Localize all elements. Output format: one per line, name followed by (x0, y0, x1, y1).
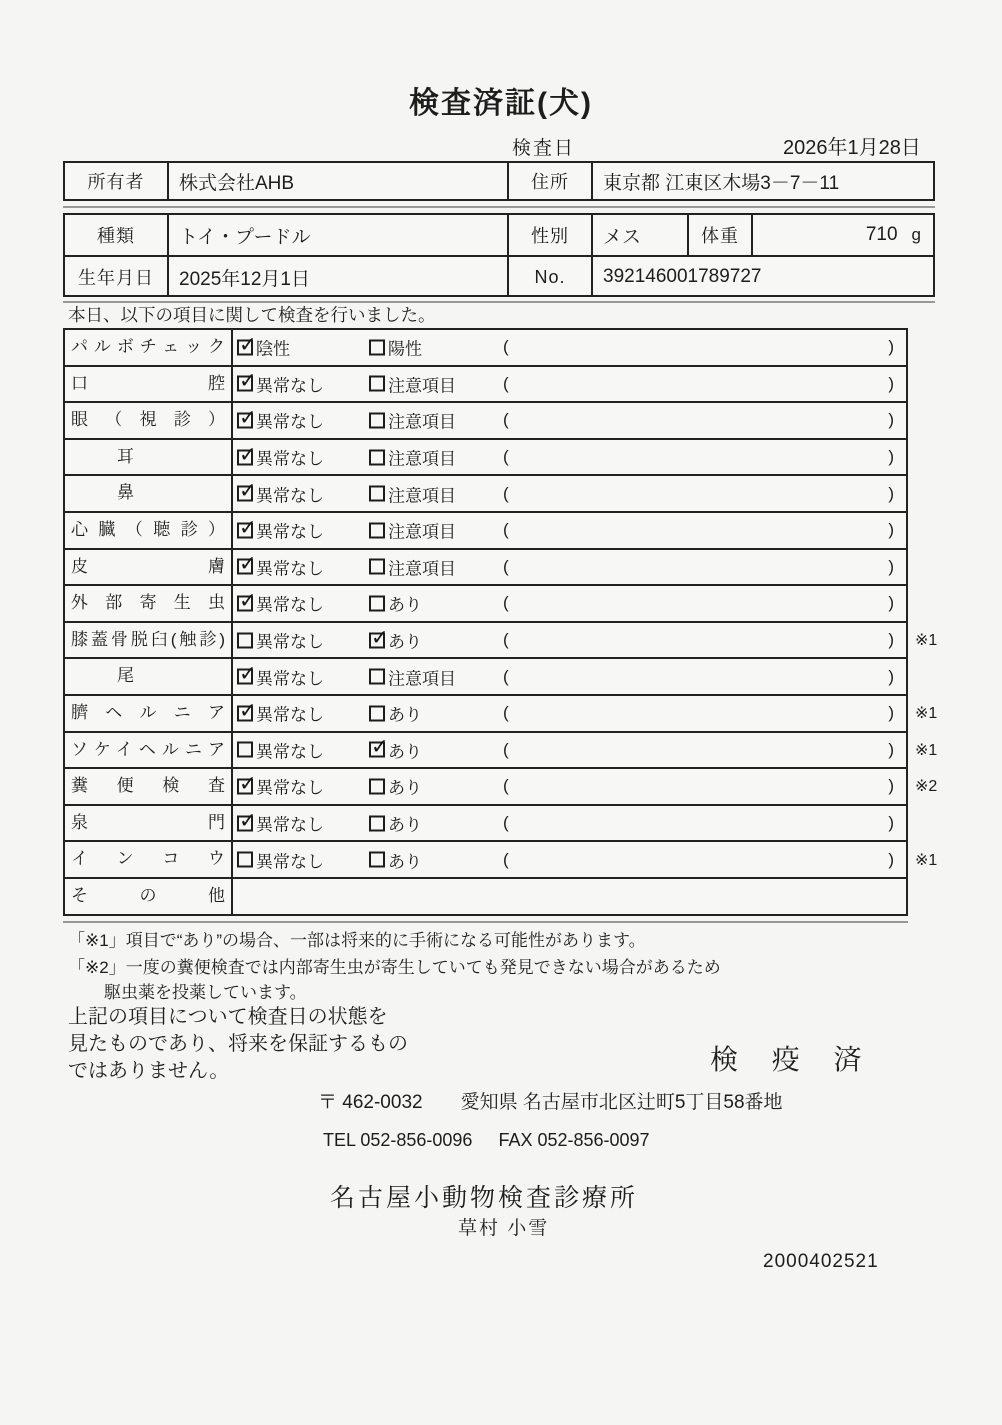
option-label: 注意項目 (388, 445, 456, 470)
exam-item-label: ソケイヘルニア (65, 733, 233, 768)
weight-value: 710 g (751, 215, 933, 255)
checkmark-icon: ✓ (239, 515, 257, 540)
option-label: 注意項目 (388, 408, 456, 433)
paren-open: ( (503, 484, 509, 504)
divider (63, 206, 935, 208)
checkbox-normal[interactable]: ✓ (237, 559, 253, 575)
checkbox-normal[interactable]: ✓ (237, 632, 253, 648)
paren-close: ) (888, 337, 894, 357)
option-label: 注意項目 (388, 481, 456, 506)
weight-number: 710 (866, 224, 898, 246)
checkbox-caution[interactable]: ✓ (369, 449, 385, 465)
option-label: 異常なし (256, 445, 324, 470)
checkbox-normal[interactable]: ✓ (237, 742, 253, 758)
disclaimer-text: 上記の項目について検査日の状態を 見たものであり、将来を保証するもの ではありま… (68, 1004, 408, 1085)
footnote-1: 「※1」項目で“あり”の場合、一部は将来的に手術になる可能性があります。 (68, 926, 646, 951)
document-title: 検査済証(犬) (0, 78, 1002, 122)
exam-item-label: パルボチェック (65, 330, 233, 365)
pet-info-table: 種類 トイ・プードル 性別 メス 体重 710 g 生年月日 2025年12月1… (63, 213, 935, 297)
checkbox-caution[interactable]: ✓ (369, 559, 385, 575)
exam-item-label: その他 (65, 879, 233, 914)
option-label: 異常なし (256, 481, 324, 506)
exam-item-label: 臍ヘルニア (65, 696, 233, 731)
exam-row-inkou: インコウ ✓異常なし ✓あり ( ) ※1 (65, 840, 906, 877)
paren-close: ) (888, 374, 894, 394)
paren-close: ) (888, 557, 894, 577)
checkbox-normal[interactable]: ✓ (237, 815, 253, 831)
breed-value: トイ・プードル (167, 215, 507, 255)
clinic-contact-line: TEL 052-856-0096 FAX 052-856-0097 (323, 1130, 650, 1151)
paren-open: ( (503, 410, 509, 430)
option-label: 注意項目 (388, 518, 456, 543)
checkmark-icon: ✓ (239, 479, 257, 504)
exam-row-parvo: パルボチェック ✓陰性 ✓陽性 ( ) (65, 330, 906, 365)
weight-label: 体重 (687, 215, 751, 255)
checkmark-icon: ✓ (239, 771, 257, 796)
checkmark-icon: ✓ (239, 662, 257, 687)
paren-close: ) (888, 813, 894, 833)
paren-open: ( (503, 630, 509, 650)
exam-item-label: 鼻 (65, 476, 233, 511)
address-label: 住所 (507, 163, 591, 199)
footnote-ref: ※1 (915, 740, 937, 760)
paren-open: ( (503, 667, 509, 687)
checkmark-icon: ✓ (239, 369, 257, 394)
exam-item-label: 口腔 (65, 367, 233, 402)
checkbox-present[interactable]: ✓ (369, 778, 385, 794)
checkbox-present[interactable]: ✓ (369, 595, 385, 611)
option-label: 陰性 (256, 335, 290, 360)
exam-row-skin: 皮膚 ✓異常なし ✓注意項目 ( ) (65, 548, 906, 585)
option-label: あり (388, 774, 422, 799)
footnote-ref: ※1 (915, 703, 937, 723)
paren-close: ) (888, 593, 894, 613)
paren-close: ) (888, 410, 894, 430)
exam-row-fecal-exam: 糞便検査 ✓異常なし ✓あり ( ) ※2 (65, 767, 906, 804)
paren-open: ( (503, 374, 509, 394)
disclaimer-line-3: ではありません。 (68, 1058, 408, 1085)
id-number-label: No. (507, 257, 591, 297)
checkbox-normal[interactable]: ✓ (237, 705, 253, 721)
checkbox-present[interactable]: ✓ (369, 705, 385, 721)
clinic-tel: TEL 052-856-0096 (323, 1130, 472, 1151)
exam-item-label: 糞便検査 (65, 769, 233, 804)
birthdate-label: 生年月日 (65, 257, 167, 297)
address-value: 東京都 江東区木場3－7－11 (591, 163, 933, 199)
checkmark-icon: ✓ (239, 552, 257, 577)
exam-row-tail: 尾 ✓異常なし ✓注意項目 ( ) (65, 657, 906, 694)
paren-close: ) (888, 776, 894, 796)
checkbox-present[interactable]: ✓ (369, 815, 385, 831)
checkmark-icon: ✓ (239, 442, 257, 467)
option-label: 異常なし (256, 591, 324, 616)
disclaimer-line-1: 上記の項目について検査日の状態を (68, 1004, 408, 1031)
checkbox-normal[interactable]: ✓ (237, 778, 253, 794)
paren-open: ( (503, 740, 509, 760)
exam-item-label: 泉門 (65, 806, 233, 841)
footnote-ref: ※2 (915, 776, 937, 796)
checkbox-caution[interactable]: ✓ (369, 669, 385, 685)
clinic-name: 名古屋小動物検査診療所 (330, 1178, 638, 1214)
checkbox-caution[interactable]: ✓ (369, 376, 385, 392)
paren-open: ( (503, 557, 509, 577)
checkmark-icon: ✓ (371, 735, 389, 760)
other-empty-cell (233, 879, 906, 914)
option-label: 異常なし (256, 737, 324, 762)
option-label: あり (388, 811, 422, 836)
exam-row-inguinal-hernia: ソケイヘルニア ✓異常なし ✓あり ( ) ※1 (65, 731, 906, 768)
option-label: 異常なし (256, 664, 324, 689)
option-label: 異常なし (256, 554, 324, 579)
exam-row-ears: 耳 ✓異常なし ✓注意項目 ( ) (65, 438, 906, 475)
option-label: 異常なし (256, 701, 324, 726)
option-label: あり (388, 847, 422, 872)
owner-label: 所有者 (65, 163, 167, 199)
owner-value: 株式会社AHB (167, 163, 507, 199)
exam-results-table: パルボチェック ✓陰性 ✓陽性 ( ) 口腔 ✓異常なし ✓注意項目 ( ) 眼… (63, 328, 908, 916)
checkbox-normal[interactable]: ✓ (237, 412, 253, 428)
checkbox-normal[interactable]: ✓ (237, 669, 253, 685)
paren-open: ( (503, 337, 509, 357)
checkmark-icon: ✓ (239, 588, 257, 613)
checkbox-normal[interactable]: ✓ (237, 486, 253, 502)
checkbox-caution[interactable]: ✓ (369, 412, 385, 428)
exam-row-ectoparasites: 外部寄生虫 ✓異常なし ✓あり ( ) (65, 584, 906, 621)
footnote-2: 「※2」一度の糞便検査では内部寄生虫が寄生していても発見できない場合があるため (68, 953, 721, 978)
checkbox-normal[interactable]: ✓ (237, 522, 253, 538)
checkmark-icon: ✓ (239, 332, 257, 357)
option-label: 異常なし (256, 628, 324, 653)
clinic-address: 愛知県 名古屋市北区辻町5丁目58番地 (461, 1087, 783, 1114)
option-label: 注意項目 (388, 371, 456, 396)
option-label: 異常なし (256, 371, 324, 396)
exam-item-label: 尾 (65, 659, 233, 694)
checkmark-icon: ✓ (371, 625, 389, 650)
paren-close: ) (888, 520, 894, 540)
exam-row-patella: 膝蓋骨脱臼(触診) ✓異常なし ✓あり ( ) ※1 (65, 621, 906, 658)
exam-item-label: 皮膚 (65, 550, 233, 585)
paren-open: ( (503, 520, 509, 540)
weight-unit: g (912, 225, 921, 245)
owner-table: 所有者 株式会社AHB 住所 東京都 江東区木場3－7－11 (63, 161, 935, 201)
checkmark-icon: ✓ (239, 405, 257, 430)
exam-item-label: 外部寄生虫 (65, 586, 233, 621)
intro-sentence: 本日、以下の項目に関して検査を行いました。 (68, 302, 436, 327)
checkmark-icon: ✓ (239, 808, 257, 833)
paren-open: ( (503, 593, 509, 613)
exam-row-eyes: 眼（視診） ✓異常なし ✓注意項目 ( ) (65, 401, 906, 438)
breed-label: 種類 (65, 215, 167, 255)
checkbox-normal[interactable]: ✓ (237, 376, 253, 392)
checkbox-present[interactable]: ✓ (369, 742, 385, 758)
footnote-ref: ※1 (915, 630, 937, 650)
disclaimer-line-2: 見たものであり、将来を保証するもの (68, 1031, 408, 1058)
checkbox-caution[interactable]: ✓ (369, 522, 385, 538)
exam-item-label: 膝蓋骨脱臼(触診) (65, 623, 233, 658)
option-label: 異常なし (256, 518, 324, 543)
exam-row-other: その他 (65, 877, 906, 914)
exam-row-nose: 鼻 ✓異常なし ✓注意項目 ( ) (65, 474, 906, 511)
checkbox-normal[interactable]: ✓ (237, 852, 253, 868)
paren-open: ( (503, 447, 509, 467)
checkbox-present[interactable]: ✓ (369, 852, 385, 868)
checkbox-normal[interactable]: ✓ (237, 595, 253, 611)
option-label: あり (388, 628, 422, 653)
paren-close: ) (888, 850, 894, 870)
paren-close: ) (888, 447, 894, 467)
paren-open: ( (503, 850, 509, 870)
exam-row-umbilical-hernia: 臍ヘルニア ✓異常なし ✓あり ( ) ※1 (65, 694, 906, 731)
paren-close: ) (888, 667, 894, 687)
quarantine-passed-stamp: 検 疫 済 (710, 1038, 875, 1078)
exam-item-label: 心臓（聴診） (65, 513, 233, 548)
option-label: 注意項目 (388, 554, 456, 579)
certificate-page: 検査済証(犬) 検査日 2026年1月28日 所有者 株式会社AHB 住所 東京… (0, 0, 1002, 1425)
exam-item-label: インコウ (65, 842, 233, 877)
veterinarian-name: 草村 小雪 (458, 1213, 549, 1240)
divider (63, 921, 908, 923)
id-number-value: 392146001789727 (591, 257, 933, 297)
paren-close: ) (888, 703, 894, 723)
checkbox-caution[interactable]: ✓ (369, 486, 385, 502)
exam-date-value: 2026年1月28日 (783, 131, 921, 160)
exam-row-fontanelle: 泉門 ✓異常なし ✓あり ( ) (65, 804, 906, 841)
paren-close: ) (888, 484, 894, 504)
checkbox-negative[interactable]: ✓ (237, 339, 253, 355)
option-label: 異常なし (256, 408, 324, 433)
clinic-postal-code: 〒 462-0032 (318, 1087, 423, 1114)
paren-close: ) (888, 740, 894, 760)
exam-row-heart: 心臓（聴診） ✓異常なし ✓注意項目 ( ) (65, 511, 906, 548)
exam-date-label: 検査日 (512, 133, 575, 160)
checkmark-icon: ✓ (239, 698, 257, 723)
option-label: 陽性 (388, 335, 422, 360)
exam-row-mouth: 口腔 ✓異常なし ✓注意項目 ( ) (65, 365, 906, 402)
option-label: 異常なし (256, 774, 324, 799)
paren-close: ) (888, 630, 894, 650)
serial-number: 2000402521 (763, 1251, 879, 1273)
option-label: あり (388, 701, 422, 726)
paren-open: ( (503, 703, 509, 723)
checkbox-normal[interactable]: ✓ (237, 449, 253, 465)
exam-item-label: 眼（視診） (65, 403, 233, 438)
option-label: あり (388, 737, 422, 762)
paren-open: ( (503, 813, 509, 833)
option-label: あり (388, 591, 422, 616)
footnote-2-continued: 駆虫薬を投薬しています。 (104, 978, 307, 1003)
checkbox-present[interactable]: ✓ (369, 632, 385, 648)
sex-label: 性別 (507, 215, 591, 255)
clinic-address-line: 〒 462-0032 愛知県 名古屋市北区辻町5丁目58番地 (318, 1087, 783, 1114)
option-label: 異常なし (256, 811, 324, 836)
option-label: 異常なし (256, 847, 324, 872)
paren-open: ( (503, 776, 509, 796)
footnote-ref: ※1 (915, 850, 937, 870)
sex-value: メス (591, 215, 687, 255)
option-label: 注意項目 (388, 664, 456, 689)
birthdate-value: 2025年12月1日 (167, 257, 507, 297)
exam-item-label: 耳 (65, 440, 233, 475)
clinic-fax: FAX 052-856-0097 (498, 1130, 649, 1151)
checkbox-positive[interactable]: ✓ (369, 339, 385, 355)
